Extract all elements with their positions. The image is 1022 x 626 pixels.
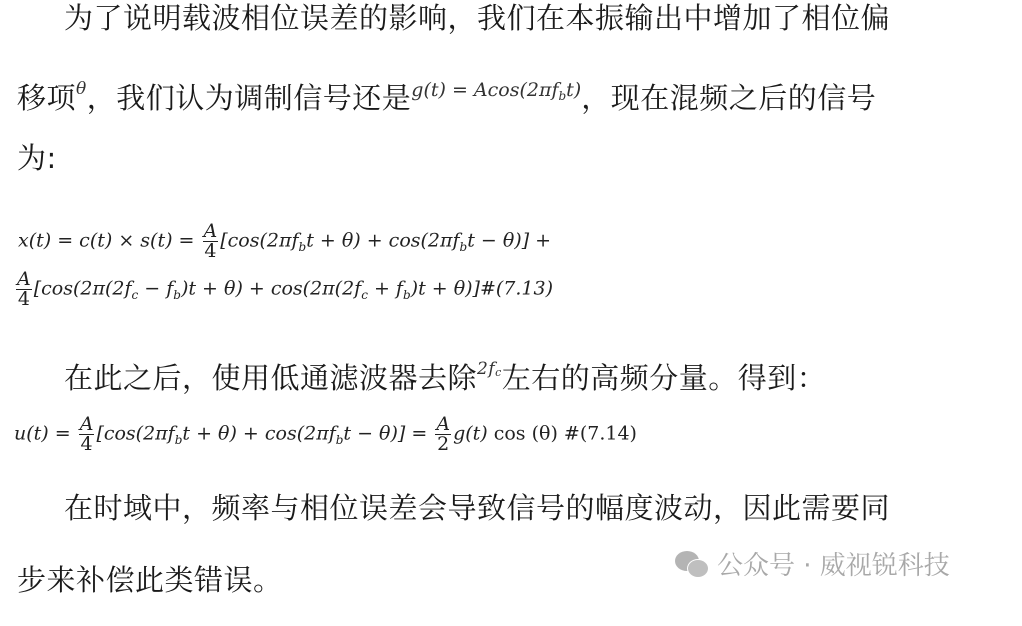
math-text: + f <box>368 278 403 300</box>
math-subscript: c <box>361 288 368 302</box>
math-subscript: c <box>495 366 502 379</box>
math-text: t + θ) + cos(2πf <box>182 423 335 445</box>
numerator: A <box>16 270 32 290</box>
denominator: 4 <box>16 290 32 309</box>
paragraph-3-line-1: 在时域中，频率与相位误差会导致信号的幅度波动，因此需要同 <box>64 490 890 526</box>
text: 为: <box>17 141 57 175</box>
watermark: 公众号 · 威视锐科技 <box>675 545 950 582</box>
math-subscript: b <box>403 288 411 302</box>
math-text: [cos(2π(2f <box>34 278 132 300</box>
math-text: )t + θ) + cos(2π(2f <box>181 278 361 300</box>
inline-formula-2fc: 2fc <box>477 359 502 379</box>
math-text: t + θ) + cos(2πf <box>306 230 459 252</box>
denominator: 4 <box>203 242 219 261</box>
inline-formula-g: g(t) = Acos(2πfbt) <box>411 79 581 101</box>
fraction: A4 <box>203 222 219 261</box>
text: ，我们认为调制信号还是 <box>87 81 412 115</box>
text: 为了说明载波相位误差的影响，我们在本振输出中增加了相位偏 <box>64 1 890 35</box>
math-text: u(t) = <box>14 423 77 445</box>
fraction: A2 <box>435 415 451 454</box>
math-subscript: b <box>175 433 183 447</box>
fraction: A4 <box>16 270 32 309</box>
math-text: )t + θ)]#(7.13) <box>411 278 553 300</box>
math-subscript: b <box>460 240 468 254</box>
equation-7-14: u(t) = A4[cos(2πfbt + θ) + cos(2πfbt − θ… <box>14 415 637 454</box>
math-subscript: b <box>299 240 307 254</box>
math-subscript: b <box>336 433 344 447</box>
paragraph-2: 在此之后，使用低通滤波器去除2fc左右的高频分量。得到： <box>64 360 826 403</box>
text: 在此之后，使用低通滤波器去除 <box>64 361 477 395</box>
math-text: g(t) <box>453 423 488 445</box>
numerator: A <box>203 222 219 242</box>
math-subscript: b <box>173 288 181 302</box>
theta-symbol: θ <box>76 79 87 99</box>
paragraph-1-line-3: 为: <box>17 140 57 176</box>
fraction: A4 <box>79 415 95 454</box>
math-text: t − θ)] = <box>343 423 433 445</box>
math-text: g(t) = Acos(2πf <box>411 79 558 101</box>
equation-7-13-row-2: A4[cos(2π(2fc − fb)t + θ) + cos(2π(2fc +… <box>14 270 553 309</box>
math-subscript: b <box>558 89 566 103</box>
equation-7-13-row-1: x(t) = c(t) × s(t) = A4[cos(2πfbt + θ) +… <box>18 222 551 261</box>
watermark-text: 公众号 · 威视锐科技 <box>717 545 950 582</box>
denominator: 2 <box>435 435 451 454</box>
denominator: 4 <box>79 435 95 454</box>
math-text: t) <box>566 79 581 101</box>
text: 步来补偿此类错误。 <box>17 563 283 597</box>
numerator: A <box>435 415 451 435</box>
numerator: A <box>79 415 95 435</box>
math-text: [cos(2πf <box>96 423 174 445</box>
paragraph-1-line-2: 移项θ，我们认为调制信号还是g(t) = Acos(2πfbt)，现在混频之后的… <box>17 80 876 122</box>
math-text: cos (θ) <box>488 423 564 445</box>
math-text: t − θ)] + <box>467 230 551 252</box>
text: 在时域中，频率与相位误差会导致信号的幅度波动，因此需要同 <box>64 491 890 525</box>
equation-number: #(7.14) <box>564 423 637 445</box>
text: ，现在混频之后的信号 <box>581 81 876 115</box>
wechat-icon <box>675 549 711 579</box>
paragraph-1-line-1: 为了说明载波相位误差的影响，我们在本振输出中增加了相位偏 <box>64 0 890 36</box>
math-text: x(t) = c(t) × s(t) = <box>18 230 201 252</box>
math-subscript: c <box>132 288 139 302</box>
paragraph-3-line-2: 步来补偿此类错误。 <box>17 562 283 598</box>
math-text: 2f <box>477 359 495 379</box>
text: 移项 <box>17 81 76 115</box>
math-text: − f <box>138 278 173 300</box>
math-text: [cos(2πf <box>220 230 298 252</box>
text: 左右的高频分量。得到： <box>502 361 827 395</box>
